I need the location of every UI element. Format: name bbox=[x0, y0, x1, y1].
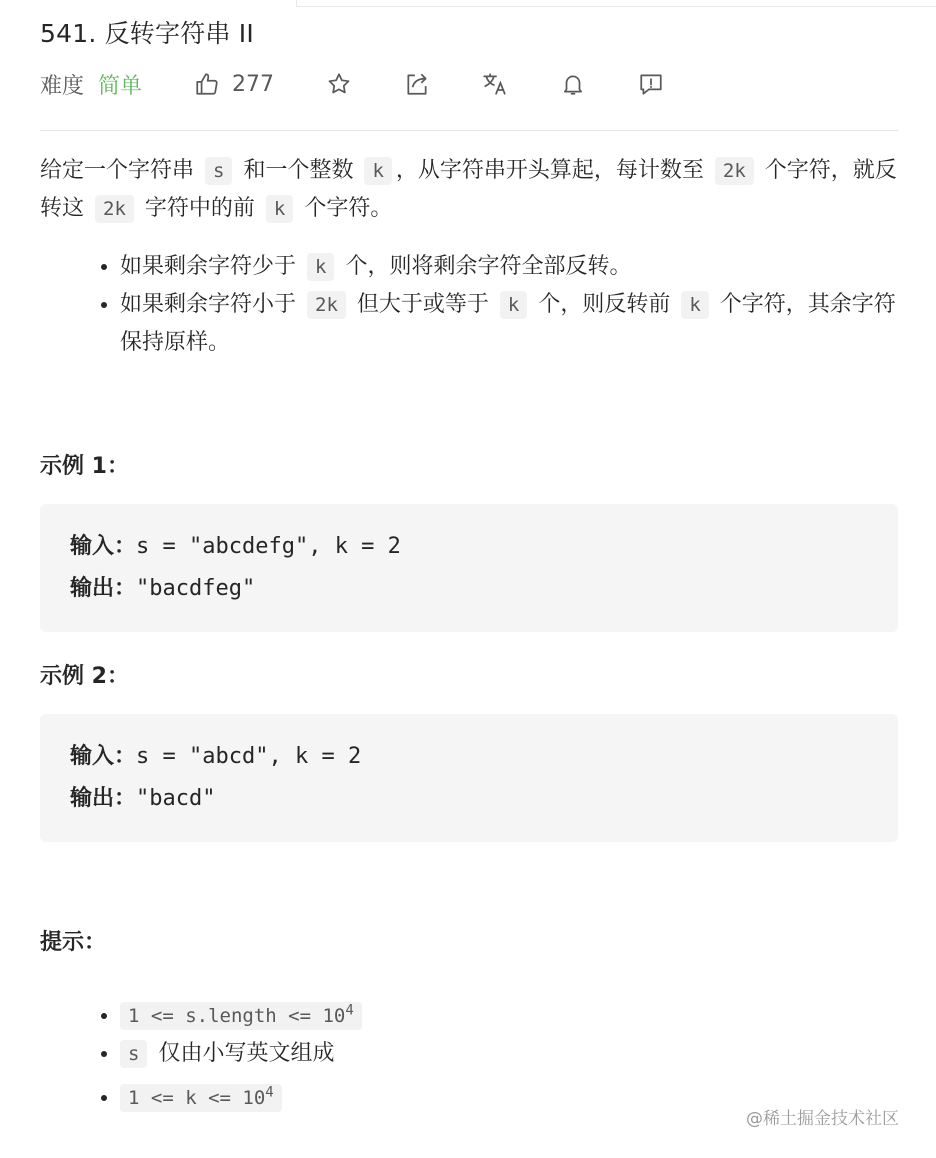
inline-code: s bbox=[120, 1040, 147, 1068]
text-run: 个字符。 bbox=[297, 196, 392, 221]
description-paragraph: 给定一个字符串 s 和一个整数 k，从字符串开头算起，每计数至 2k 个字符，就… bbox=[40, 152, 898, 228]
like-count: 277 bbox=[232, 72, 274, 97]
translate-icon bbox=[482, 71, 508, 97]
inline-code: k bbox=[307, 253, 334, 281]
inline-code: 2k bbox=[307, 291, 346, 319]
text-run: 个，则反转前 bbox=[531, 292, 677, 317]
inline-code: 1 <= s.length <= 104 bbox=[120, 1002, 362, 1030]
text-run: 字符中的前 bbox=[138, 196, 262, 221]
star-icon bbox=[326, 71, 352, 97]
problem-title: 541. 反转字符串 II bbox=[40, 14, 254, 50]
like-button[interactable]: 277 bbox=[194, 71, 274, 97]
inline-code: 2k bbox=[95, 195, 134, 223]
text-run: 个，则将剩余字符全部反转。 bbox=[338, 254, 631, 279]
example-2-heading: 示例 2： bbox=[40, 658, 898, 696]
share-icon bbox=[404, 71, 430, 97]
bell-icon bbox=[560, 71, 586, 97]
share-button[interactable] bbox=[404, 71, 430, 97]
feedback-button[interactable] bbox=[638, 71, 664, 97]
example-1-box: 输入：s = "abcdefg", k = 2 输出："bacdfeg" bbox=[40, 504, 898, 632]
watermark: @稀土掘金技术社区 bbox=[746, 1104, 899, 1129]
rule-item: 如果剩余字符小于 2k 但大于或等于 k 个，则反转前 k 个字符，其余字符保持… bbox=[120, 286, 898, 362]
inline-code: k bbox=[364, 157, 391, 185]
divider bbox=[40, 130, 898, 131]
favorite-button[interactable] bbox=[326, 71, 352, 97]
exponent: 4 bbox=[265, 1084, 273, 1100]
output-label: 输出： bbox=[70, 576, 136, 601]
text-run: 但大于或等于 bbox=[350, 292, 496, 317]
exponent: 4 bbox=[345, 1003, 353, 1019]
translate-button[interactable] bbox=[482, 71, 508, 97]
example-2-box: 输入：s = "abcd", k = 2 输出："bacd" bbox=[40, 714, 898, 842]
inline-code: 1 <= k <= 104 bbox=[120, 1084, 282, 1112]
inline-code: s bbox=[205, 157, 232, 185]
inline-code: k bbox=[681, 291, 708, 319]
top-strip bbox=[296, 0, 936, 7]
example-input: s = "abcdefg", k = 2 bbox=[136, 534, 401, 559]
rules-list: 如果剩余字符少于 k 个，则将剩余字符全部反转。如果剩余字符小于 2k 但大于或… bbox=[40, 248, 898, 362]
example-1-heading: 示例 1： bbox=[40, 448, 898, 486]
input-label: 输入： bbox=[70, 744, 136, 769]
example-input: s = "abcd", k = 2 bbox=[136, 744, 361, 769]
difficulty-badge: 简单 bbox=[98, 69, 142, 100]
problem-description: 给定一个字符串 s 和一个整数 k，从字符串开头算起，每计数至 2k 个字符，就… bbox=[40, 152, 898, 1117]
output-label: 输出： bbox=[70, 786, 136, 811]
text-run: 给定一个字符串 bbox=[40, 158, 201, 183]
hints-heading: 提示： bbox=[40, 924, 898, 962]
inline-code: 2k bbox=[715, 157, 754, 185]
inline-code: k bbox=[500, 291, 527, 319]
difficulty-label: 难度 bbox=[40, 69, 84, 100]
inline-code: k bbox=[266, 195, 293, 223]
text-run: 和一个整数 bbox=[236, 158, 360, 183]
feedback-icon bbox=[638, 71, 664, 97]
text-run: 如果剩余字符小于 bbox=[120, 292, 303, 317]
input-label: 输入： bbox=[70, 534, 136, 559]
text-run: ，从字符串开头算起，每计数至 bbox=[396, 158, 711, 183]
example-output: "bacdfeg" bbox=[136, 576, 255, 601]
example-output: "bacd" bbox=[136, 786, 215, 811]
constraint-item: s 仅由小写英文组成 bbox=[120, 1035, 898, 1073]
rule-item: 如果剩余字符少于 k 个，则将剩余字符全部反转。 bbox=[120, 248, 898, 286]
problem-meta-bar: 难度 简单 277 bbox=[40, 64, 664, 104]
constraints-list: 1 <= s.length <= 104s 仅由小写英文组成1 <= k <= … bbox=[40, 992, 898, 1117]
thumbs-up-icon bbox=[194, 71, 220, 97]
text-run: 如果剩余字符少于 bbox=[120, 254, 303, 279]
subscribe-button[interactable] bbox=[560, 71, 586, 97]
constraint-item: 1 <= s.length <= 104 bbox=[120, 992, 898, 1035]
text-run: 仅由小写英文组成 bbox=[151, 1041, 334, 1066]
